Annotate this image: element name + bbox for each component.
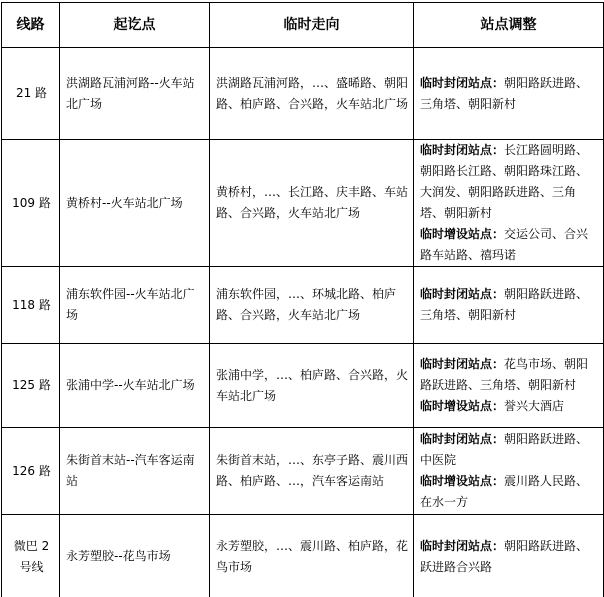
bus-route-adjustment-table: 线路 起讫点 临时走向 站点调整 21 路 洪湖路瓦浦河路--火车站北广场 洪湖… [1, 2, 604, 597]
endpoints-cell: 朱街首末站--汽车客运南站 [60, 428, 210, 515]
header-stop-adjust: 站点调整 [414, 3, 604, 48]
header-endpoints: 起讫点 [60, 3, 210, 48]
closed-stops-label: 临时封闭站点： [420, 357, 504, 371]
endpoints-cell: 永芳塑胶--花鸟市场 [60, 515, 210, 597]
line-cell: 21 路 [2, 48, 60, 140]
closed-stops: 临时封闭站点：长江路圆明路、朝阳路长江路、朝阳路珠江路、大润发、朝阳路跃进路、三… [420, 140, 599, 224]
closed-stops-label: 临时封闭站点： [420, 143, 504, 157]
added-stops-label: 临时增设站点： [420, 399, 504, 413]
table-row: 125 路 张浦中学--火车站北广场 张浦中学，…、柏庐路、合兴路，火车站北广场… [2, 344, 604, 428]
added-stops-label: 临时增设站点： [420, 227, 504, 241]
stop-adjust-cell: 临时封闭站点：长江路圆明路、朝阳路长江路、朝阳路珠江路、大润发、朝阳路跃进路、三… [414, 140, 604, 267]
stop-adjust-cell: 临时封闭站点：朝阳路跃进路、跃进路合兴路 [414, 515, 604, 597]
added-stops: 临时增设站点：震川路人民路、在水一方 [420, 471, 599, 513]
closed-stops: 临时封闭站点：朝阳路跃进路、三角塔、朝阳新村 [420, 284, 599, 326]
added-stops-value: 誉兴大酒店 [504, 399, 564, 413]
line-cell: 126 路 [2, 428, 60, 515]
temp-route-cell: 张浦中学，…、柏庐路、合兴路，火车站北广场 [210, 344, 414, 428]
endpoints-cell: 洪湖路瓦浦河路--火车站北广场 [60, 48, 210, 140]
closed-stops: 临时封闭站点：花鸟市场、朝阳路跃进路、三角塔、朝阳新村 [420, 354, 599, 396]
closed-stops: 临时封闭站点：朝阳路跃进路、跃进路合兴路 [420, 536, 599, 578]
temp-route-cell: 朱街首末站，…、东亭子路、震川西路、柏庐路、…，汽车客运南站 [210, 428, 414, 515]
stop-adjust-cell: 临时封闭站点：朝阳路跃进路、三角塔、朝阳新村 [414, 48, 604, 140]
closed-stops-label: 临时封闭站点： [420, 287, 504, 301]
added-stops: 临时增设站点：誉兴大酒店 [420, 396, 599, 417]
endpoints-cell: 张浦中学--火车站北广场 [60, 344, 210, 428]
added-stops: 临时增设站点：交运公司、合兴路车站路、禧玛诺 [420, 224, 599, 266]
closed-stops-label: 临时封闭站点： [420, 76, 504, 90]
table-row: 126 路 朱街首末站--汽车客运南站 朱街首末站，…、东亭子路、震川西路、柏庐… [2, 428, 604, 515]
endpoints-cell: 黄桥村--火车站北广场 [60, 140, 210, 267]
line-cell: 微巴 2 号线 [2, 515, 60, 597]
header-line: 线路 [2, 3, 60, 48]
stop-adjust-cell: 临时封闭站点：花鸟市场、朝阳路跃进路、三角塔、朝阳新村 临时增设站点：誉兴大酒店 [414, 344, 604, 428]
table-row: 21 路 洪湖路瓦浦河路--火车站北广场 洪湖路瓦浦河路，…、盛晞路、朝阳路、柏… [2, 48, 604, 140]
temp-route-cell: 洪湖路瓦浦河路，…、盛晞路、朝阳路、柏庐路、合兴路，火车站北广场 [210, 48, 414, 140]
temp-route-cell: 黄桥村，…、长江路、庆丰路、车站路、合兴路，火车站北广场 [210, 140, 414, 267]
closed-stops-label: 临时封闭站点： [420, 539, 504, 553]
line-cell: 118 路 [2, 267, 60, 344]
stop-adjust-cell: 临时封闭站点：朝阳路跃进路、三角塔、朝阳新村 [414, 267, 604, 344]
table-row: 109 路 黄桥村--火车站北广场 黄桥村，…、长江路、庆丰路、车站路、合兴路，… [2, 140, 604, 267]
temp-route-cell: 浦东软件园，…、环城北路、柏庐路、合兴路，火车站北广场 [210, 267, 414, 344]
temp-route-cell: 永芳塑胶，…、震川路、柏庐路，花鸟市场 [210, 515, 414, 597]
header-temp-route: 临时走向 [210, 3, 414, 48]
line-cell: 109 路 [2, 140, 60, 267]
added-stops-label: 临时增设站点： [420, 474, 504, 488]
header-row: 线路 起讫点 临时走向 站点调整 [2, 3, 604, 48]
table-row: 微巴 2 号线 永芳塑胶--花鸟市场 永芳塑胶，…、震川路、柏庐路，花鸟市场 临… [2, 515, 604, 597]
table-row: 118 路 浦东软件园--火车站北广场 浦东软件园，…、环城北路、柏庐路、合兴路… [2, 267, 604, 344]
line-cell: 125 路 [2, 344, 60, 428]
closed-stops-label: 临时封闭站点： [420, 432, 504, 446]
endpoints-cell: 浦东软件园--火车站北广场 [60, 267, 210, 344]
closed-stops: 临时封闭站点：朝阳路跃进路、三角塔、朝阳新村 [420, 73, 599, 115]
closed-stops: 临时封闭站点：朝阳路跃进路、中医院 [420, 429, 599, 471]
stop-adjust-cell: 临时封闭站点：朝阳路跃进路、中医院 临时增设站点：震川路人民路、在水一方 [414, 428, 604, 515]
